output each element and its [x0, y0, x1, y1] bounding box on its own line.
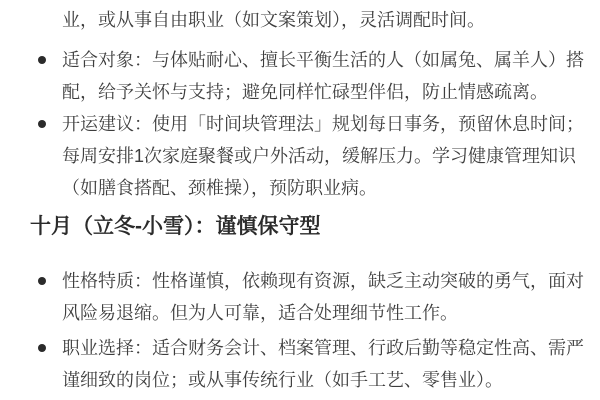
- text-line: （如膳食搭配、颈椎操），预防职业病。: [62, 172, 584, 204]
- text-line: 职业选择：适合财务会计、档案管理、行政后勤等稳定性高、需严: [62, 332, 584, 364]
- bullet-icon: [38, 277, 46, 285]
- list-item-personality-traits: 性格特质：性格谨慎，依赖现有资源，缺乏主动突破的勇气，面对 风险易退缩。但为人可…: [30, 265, 590, 329]
- text-line: 开运建议：使用「时间块管理法」规划每日事务，预留休息时间；: [62, 108, 584, 140]
- text-line: 谨细致的岗位；或从事传统行业（如手工艺、零售业）。: [62, 364, 584, 396]
- text-line: 每周安排1次家庭聚餐或户外活动，缓解压力。学习健康管理知识: [62, 140, 584, 172]
- text-line: 适合对象：与体贴耐心、擅长平衡生活的人（如属兔、属羊人）搭: [62, 44, 584, 76]
- list-item-text: 适合对象：与体贴耐心、擅长平衡生活的人（如属兔、属羊人）搭 配，给予关怀与支持；…: [62, 44, 584, 108]
- section-heading-october: 十月（立冬-小雪）：谨慎保守型: [30, 212, 590, 242]
- list-item-luck-advice: 开运建议：使用「时间块管理法」规划每日事务，预留休息时间； 每周安排1次家庭聚餐…: [30, 108, 590, 204]
- text-line: 性格特质：性格谨慎，依赖现有资源，缺乏主动突破的勇气，面对: [62, 265, 584, 297]
- text-line: 业，或从事自由职业（如文案策划），灵活调配时间。: [62, 4, 590, 36]
- list-item-suitable-partners: 适合对象：与体贴耐心、擅长平衡生活的人（如属兔、属羊人）搭 配，给予关怀与支持；…: [30, 44, 590, 108]
- list-item-text: 性格特质：性格谨慎，依赖现有资源，缺乏主动突破的勇气，面对 风险易退缩。但为人可…: [62, 265, 584, 329]
- bullet-icon: [38, 344, 46, 352]
- bullet-icon: [38, 120, 46, 128]
- bullet-icon: [38, 56, 46, 64]
- list-item-career-choice: 职业选择：适合财务会计、档案管理、行政后勤等稳定性高、需严 谨细致的岗位；或从事…: [30, 332, 590, 396]
- text-line: 配，给予关怀与支持；避免同样忙碌型伴侣，防止情感疏离。: [62, 76, 584, 108]
- list-item-text: 开运建议：使用「时间块管理法」规划每日事务，预留休息时间； 每周安排1次家庭聚餐…: [62, 108, 584, 204]
- document-page: 业，或从事自由职业（如文案策划），灵活调配时间。 适合对象：与体贴耐心、擅长平衡…: [0, 0, 600, 396]
- list-item-text: 职业选择：适合财务会计、档案管理、行政后勤等稳定性高、需严 谨细致的岗位；或从事…: [62, 332, 584, 396]
- paragraph-continuation: 业，或从事自由职业（如文案策划），灵活调配时间。: [62, 4, 590, 36]
- text-line: 风险易退缩。但为人可靠，适合处理细节性工作。: [62, 297, 584, 329]
